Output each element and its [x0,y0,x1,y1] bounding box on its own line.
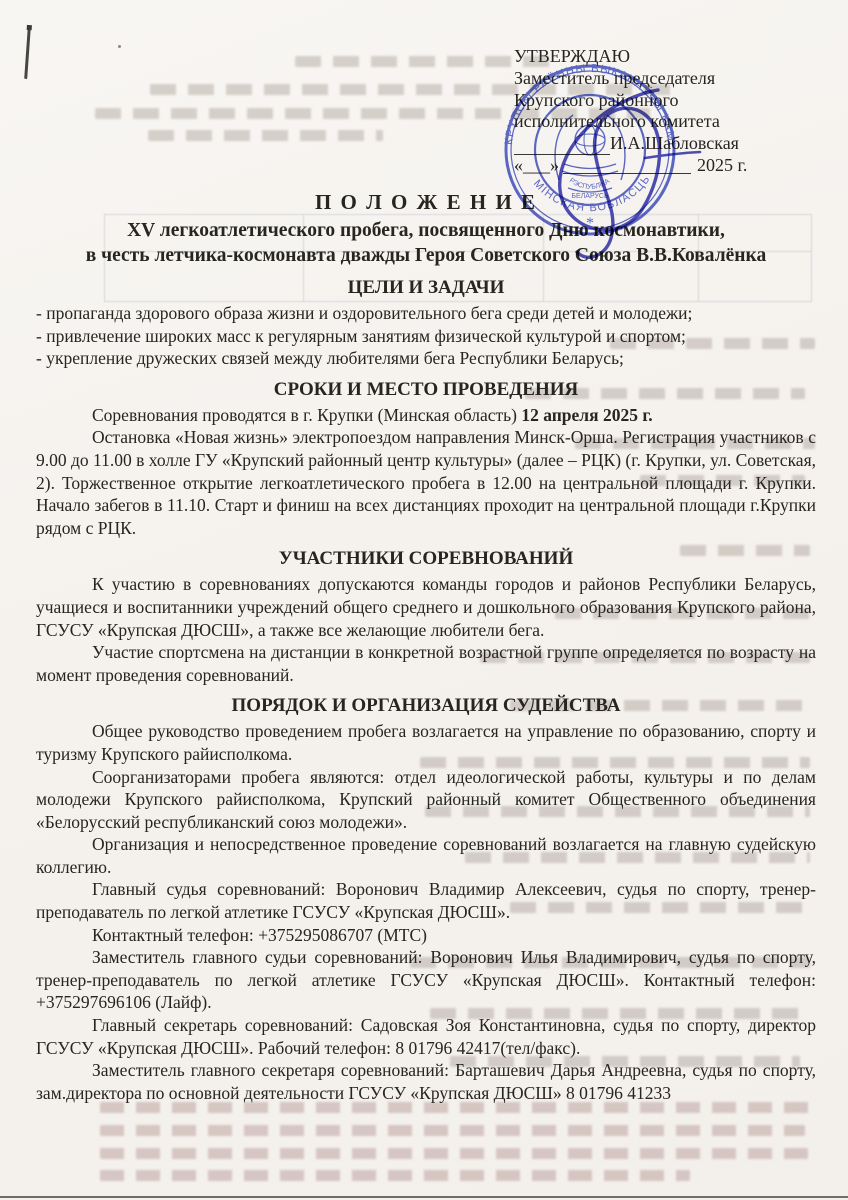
event-date-text: Соревнования проводятся в г. Крупки (Мин… [92,405,521,425]
paragraph-chief-judge-phone: Контактный телефон: +375295086707 (МТС) [36,924,816,947]
paragraph-chief-secretary: Главный секретарь соревнований: Садовска… [36,1014,816,1059]
scanned-document-page: УТВЕРЖДАЮ Заместитель председателя Крупс… [0,0,848,1200]
goal-item: - привлечение широких масс к регулярным … [36,325,816,348]
paragraph-organizing-panel: Организация и непосредственное проведени… [36,833,816,878]
section-heading-goals: ЦЕЛИ И ЗАДАЧИ [36,277,816,299]
scan-page-edge [0,1196,848,1198]
handwritten-signature [515,60,715,275]
paragraph-deputy-chief-judge: Заместитель главного судьи соревнований:… [36,946,816,1014]
paragraph-participants: К участию в соревнованиях допускаются ко… [36,573,816,641]
bleedthrough-artifact [148,130,383,141]
section-heading-dates-venue: СРОКИ И МЕСТО ПРОВЕДЕНИЯ [36,379,816,401]
event-date-bold: 12 апреля 2025 г. [521,405,652,425]
paragraph-management: Общее руководство проведением пробега во… [36,720,816,765]
paragraph-deputy-chief-secretary: Заместитель главного секретаря соревнова… [36,1059,816,1104]
section-heading-participants: УЧАСТНИКИ СОРЕВНОВАНИЙ [36,548,816,570]
paragraph-coorganizers: Соорганизаторами пробега являются: отдел… [36,766,816,834]
paragraph-age-groups: Участие спортсмена на дистанции в конкре… [36,641,816,686]
paragraph-chief-judge: Главный судья соревнований: Воронович Вл… [36,878,816,923]
document-body: П О Л О Ж Е Н И Е XV легкоатлетического … [36,190,816,1104]
bleedthrough-artifact [100,1148,808,1159]
scan-speck-artifact [118,45,121,48]
goals-list: - пропаганда здорового образа жизни и оз… [36,302,816,370]
goal-item: - укрепление дружеских связей между люби… [36,347,816,370]
bleedthrough-artifact [100,1125,805,1136]
paragraph-event-date: Соревнования проводятся в г. Крупки (Мин… [36,404,816,427]
section-heading-judging: ПОРЯДОК И ОРГАНИЗАЦИЯ СУДЕЙСТВА [36,695,816,717]
scan-scratch-artifact [24,27,31,79]
paragraph-venue-details: Остановка «Новая жизнь» электропоездом н… [36,426,816,539]
goal-item: - пропаганда здорового образа жизни и оз… [36,302,816,325]
bleedthrough-artifact [100,1170,690,1181]
